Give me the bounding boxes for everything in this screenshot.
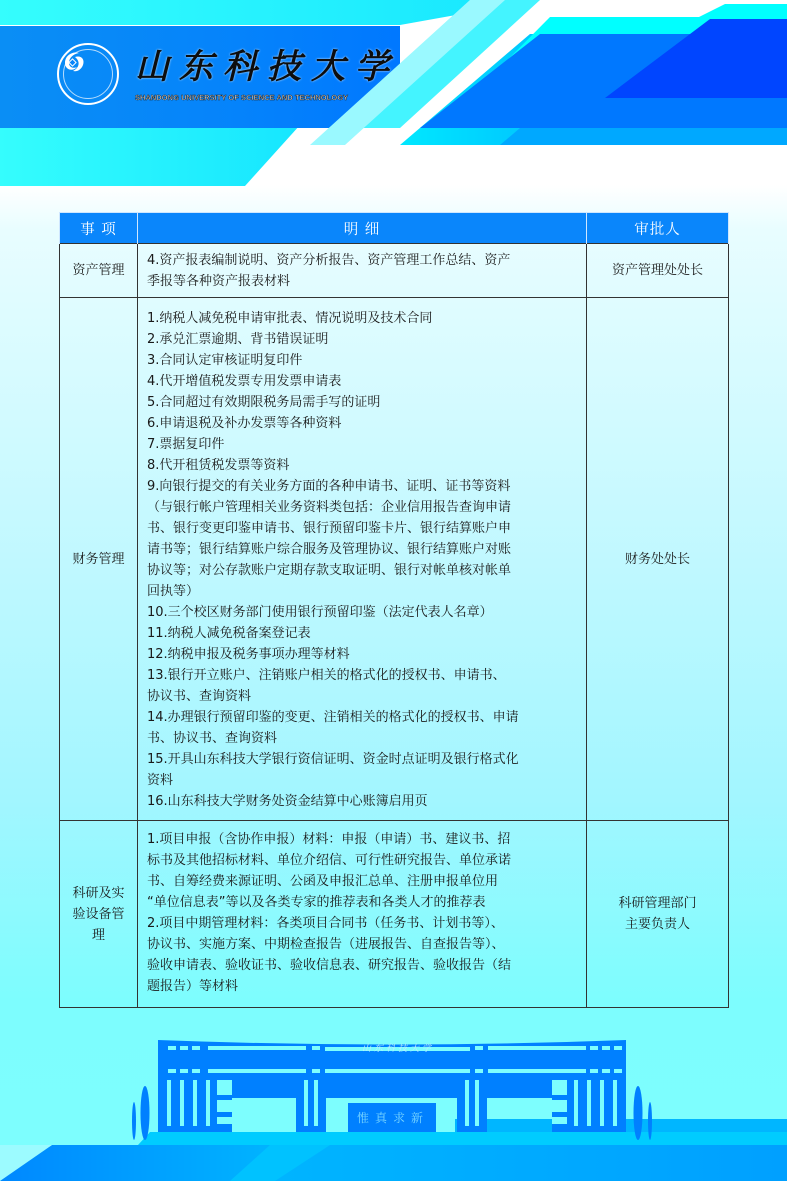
column-header-item: 事 项 <box>60 213 138 244</box>
detail-line: 8.代开租赁税发票等资料 <box>147 455 580 476</box>
table-row-finance-management: 财务管理 1.纳税人减免税申请审批表、情况说明及技术合同 2.承兑汇票逾期、背书… <box>60 298 729 821</box>
detail-cell: 1.纳税人减免税申请审批表、情况说明及技术合同 2.承兑汇票逾期、背书错误证明 … <box>138 298 587 821</box>
item-cell: 资产管理 <box>60 244 138 298</box>
column-header-approver: 审批人 <box>587 213 729 244</box>
detail-line: 题报告）等材料 <box>147 976 580 997</box>
detail-line: 14.办理银行预留印鉴的变更、注销相关的格式化的授权书、申请 <box>147 707 580 728</box>
detail-line: 标书及其他招标材料、单位介绍信、可行性研究报告、单位承诺 <box>147 850 580 871</box>
stone-inscription: 惟真求新 <box>350 1109 436 1126</box>
column-header-detail: 明 细 <box>138 213 587 244</box>
item-line: 科研及实 <box>64 883 133 904</box>
university-gate-illustration: 山东科技大学 惟真求新 <box>0 1015 787 1181</box>
item-cell: 财务管理 <box>60 298 138 821</box>
detail-line: 9.向银行提交的有关业务方面的各种申请书、证明、证书等资料 <box>147 476 580 497</box>
table-row-research-management: 科研及实 验设备管 理 1.项目申报（含协作申报）材料：申报（申请）书、建议书、… <box>60 821 729 1008</box>
table-row-asset-management: 资产管理 4.资产报表编制说明、资产分析报告、资产管理工作总结、资产 季报等各种… <box>60 244 729 298</box>
detail-line: （与银行帐户管理相关业务资料类包括：企业信用报告查询申请 <box>147 497 580 518</box>
approver-line: 科研管理部门 <box>591 893 724 914</box>
detail-line: 1.纳税人减免税申请审批表、情况说明及技术合同 <box>147 308 580 329</box>
item-cell: 科研及实 验设备管 理 <box>60 821 138 1008</box>
approver-line: 主要负责人 <box>591 914 724 935</box>
university-logo: 山东科技大学 SHANDONG UNIVERSITY OF SCIENCE AN… <box>57 43 399 105</box>
detail-line: 1.项目申报（含协作申报）材料：申报（申请）书、建议书、招 <box>147 829 580 850</box>
detail-line: 回执等） <box>147 581 580 602</box>
item-line: 理 <box>64 925 133 946</box>
item-line: 验设备管 <box>64 904 133 925</box>
gate-plaque: 山东科技大学 <box>353 1041 443 1054</box>
approver-cell: 资产管理处处长 <box>587 244 729 298</box>
detail-line: 4.资产报表编制说明、资产分析报告、资产管理工作总结、资产 <box>147 250 580 271</box>
detail-line: 书、协议书、查询资料 <box>147 728 580 749</box>
detail-line: 书、自筹经费来源证明、公函及申报汇总单、注册申报单位用 <box>147 871 580 892</box>
university-name-en: SHANDONG UNIVERSITY OF SCIENCE AND TECHN… <box>135 93 399 102</box>
approver-cell: 科研管理部门 主要负责人 <box>587 821 729 1008</box>
detail-line: 协议书、查询资料 <box>147 686 580 707</box>
detail-cell: 1.项目申报（含协作申报）材料：申报（申请）书、建议书、招 标书及其他招标材料、… <box>138 821 587 1008</box>
detail-line: 10.三个校区财务部门使用银行预留印鉴（法定代表人名章） <box>147 602 580 623</box>
detail-line: 季报等各种资产报表材料 <box>147 271 580 292</box>
detail-line: 2.项目中期管理材料：各类项目合同书（任务书、计划书等）、 <box>147 913 580 934</box>
detail-line: 验收申请表、验收证书、验收信息表、研究报告、验收报告（结 <box>147 955 580 976</box>
detail-line: 13.银行开立账户、注销账户相关的格式化的授权书、申请书、 <box>147 665 580 686</box>
detail-line: 4.代开增值税发票专用发票申请表 <box>147 371 580 392</box>
header-banner: 山东科技大学 SHANDONG UNIVERSITY OF SCIENCE AN… <box>0 0 787 190</box>
table-header-row: 事 项 明 细 审批人 <box>60 213 729 244</box>
university-name-cn: 山东科技大学 <box>135 47 399 87</box>
detail-line: 5.合同超过有效期限税务局需手写的证明 <box>147 392 580 413</box>
detail-line: 11.纳税人减免税备案登记表 <box>147 623 580 644</box>
detail-line: 12.纳税申报及税务事项办理等材料 <box>147 644 580 665</box>
detail-line: 16.山东科技大学财务处资金结算中心账簿启用页 <box>147 791 580 812</box>
detail-line: 书、银行变更印鉴申请书、银行预留印鉴卡片、银行结算账户申 <box>147 518 580 539</box>
approval-table: 事 项 明 细 审批人 资产管理 4.资产报表编制说明、资产分析报告、资产管理工… <box>59 212 728 1008</box>
detail-line: 6.申请退税及补办发票等各种资料 <box>147 413 580 434</box>
detail-line: 请书等；银行结算账户综合服务及管理协议、银行结算账户对账 <box>147 539 580 560</box>
approver-cell: 财务处处长 <box>587 298 729 821</box>
detail-line: 协议书、实施方案、中期检查报告（进展报告、自查报告等）、 <box>147 934 580 955</box>
detail-line: 3.合同认定审核证明复印件 <box>147 350 580 371</box>
detail-line: 15.开具山东科技大学银行资信证明、资金时点证明及银行格式化 <box>147 749 580 770</box>
detail-line: 7.票据复印件 <box>147 434 580 455</box>
detail-line: “单位信息表”等以及各类专家的推荐表和各类人才的推荐表 <box>147 892 580 913</box>
detail-line: 资料 <box>147 770 580 791</box>
detail-cell: 4.资产报表编制说明、资产分析报告、资产管理工作总结、资产 季报等各种资产报表材… <box>138 244 587 298</box>
detail-line: 协议等；对公存款账户定期存款支取证明、银行对帐单核对帐单 <box>147 560 580 581</box>
detail-line: 2.承兑汇票逾期、背书错误证明 <box>147 329 580 350</box>
university-seal-icon <box>57 43 119 105</box>
gate-icon <box>0 1015 787 1181</box>
